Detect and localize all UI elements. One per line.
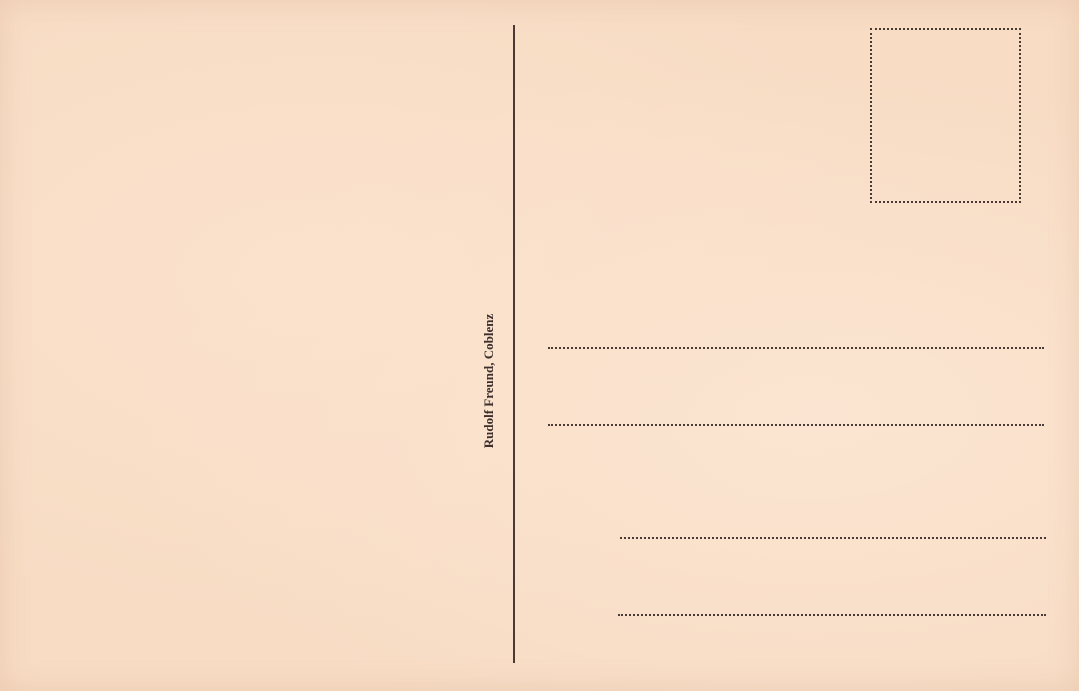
stamp-box	[870, 28, 1021, 203]
address-line-2	[548, 424, 1044, 426]
address-line-4	[618, 614, 1046, 616]
publisher-imprint-text: Rudolf Freund, Coblenz	[481, 314, 497, 448]
publisher-imprint: Rudolf Freund, Coblenz	[480, 288, 498, 474]
address-line-3	[620, 537, 1046, 539]
center-divider-line	[513, 25, 515, 663]
address-line-1	[548, 347, 1044, 349]
postcard-back: ​ Rudolf Freund, Coblenz	[0, 0, 1079, 691]
